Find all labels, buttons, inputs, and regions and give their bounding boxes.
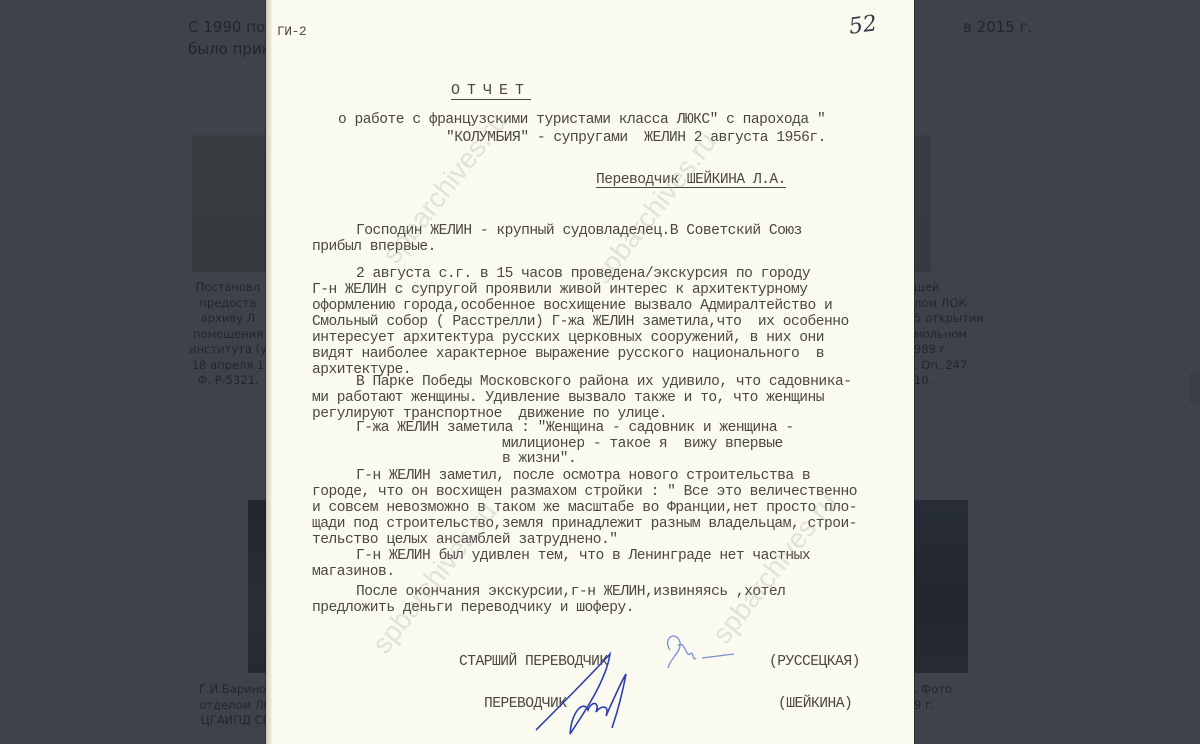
document-body-line: магазинов. bbox=[312, 564, 395, 580]
document-body-line: прибыл впервые. bbox=[312, 239, 436, 255]
document-body-line: тельство целых ансамблей затруднено." bbox=[312, 532, 618, 548]
document-body-line: Г-н ЖЕЛИН был удивлен тем, что в Ленингр… bbox=[356, 548, 810, 564]
document-body-line: 2 августа с.г. в 15 часов проведена/экск… bbox=[356, 266, 810, 282]
document-body-line: В Парке Победы Московского района их уди… bbox=[356, 374, 851, 390]
lightbox-next-arrow[interactable] bbox=[1189, 373, 1200, 403]
document-body-line: Господин ЖЕЛИН - крупный судовладелец.В … bbox=[356, 223, 802, 239]
document-subtitle-line-1: о работе с французскими туристами класса… bbox=[338, 112, 825, 128]
document-body-line: щади под строительство,земля принадлежит… bbox=[312, 516, 857, 532]
signature-name-senior: (РУССЕЦКАЯ) bbox=[769, 654, 860, 670]
document-body-line: ми работают женщины. Удивление вызвало т… bbox=[312, 390, 824, 406]
document-translator-line: Переводчик ШЕЙКИНА Л.А. bbox=[596, 172, 786, 188]
handwritten-page-number: 52 bbox=[847, 11, 878, 40]
document-body-line: Смольный собор ( Расстрелли) Г-жа ЖЕЛИН … bbox=[312, 314, 849, 330]
handwritten-signature-russetskaya-icon bbox=[656, 628, 746, 678]
document-body-line: видят наиболее характерное выражение рус… bbox=[312, 346, 824, 362]
document-body-line: милиционер - такое я вижу впервые bbox=[502, 436, 783, 452]
archive-document-image: ГИ-2 52 ОТЧЕТ о работе с французскими ту… bbox=[266, 0, 914, 744]
document-body-line: Г-н ЖЕЛИН заметил, после осмотра нового … bbox=[356, 468, 810, 484]
document-body-line: Г-жа ЖЕЛИН заметила : "Женщина - садовни… bbox=[356, 420, 794, 436]
document-body-line: Г-н ЖЕЛИН с супругой проявили живой инте… bbox=[312, 282, 807, 298]
document-body-line: городе, что он восхищен размахом стройки… bbox=[312, 484, 857, 500]
document-body-line: оформлению города,особенное восхищение в… bbox=[312, 298, 832, 314]
document-body-line: После окончания экскурсии,г-н ЖЕЛИН,изви… bbox=[356, 584, 785, 600]
signature-role-senior: СТАРШИЙ ПЕРЕВОДЧИК bbox=[459, 654, 608, 670]
document-body-line: в жизни". bbox=[502, 451, 576, 467]
document-body-line: интересует архитектура русских церковных… bbox=[312, 330, 824, 346]
document-title: ОТЧЕТ bbox=[451, 82, 531, 99]
signature-role-translator: ПЕРЕВОДЧИК bbox=[484, 696, 567, 712]
document-body-line: и совсем невозможно в таком же масштабе … bbox=[312, 500, 857, 516]
document-subtitle-line-2: "КОЛУМБИЯ" - супругами ЖЕЛИН 2 августа 1… bbox=[446, 130, 826, 146]
document-body-line: предложить деньги переводчику и шоферу. bbox=[312, 600, 634, 616]
document-code: ГИ-2 bbox=[277, 24, 306, 39]
signature-name-translator: (ШЕЙКИНА) bbox=[778, 696, 852, 712]
